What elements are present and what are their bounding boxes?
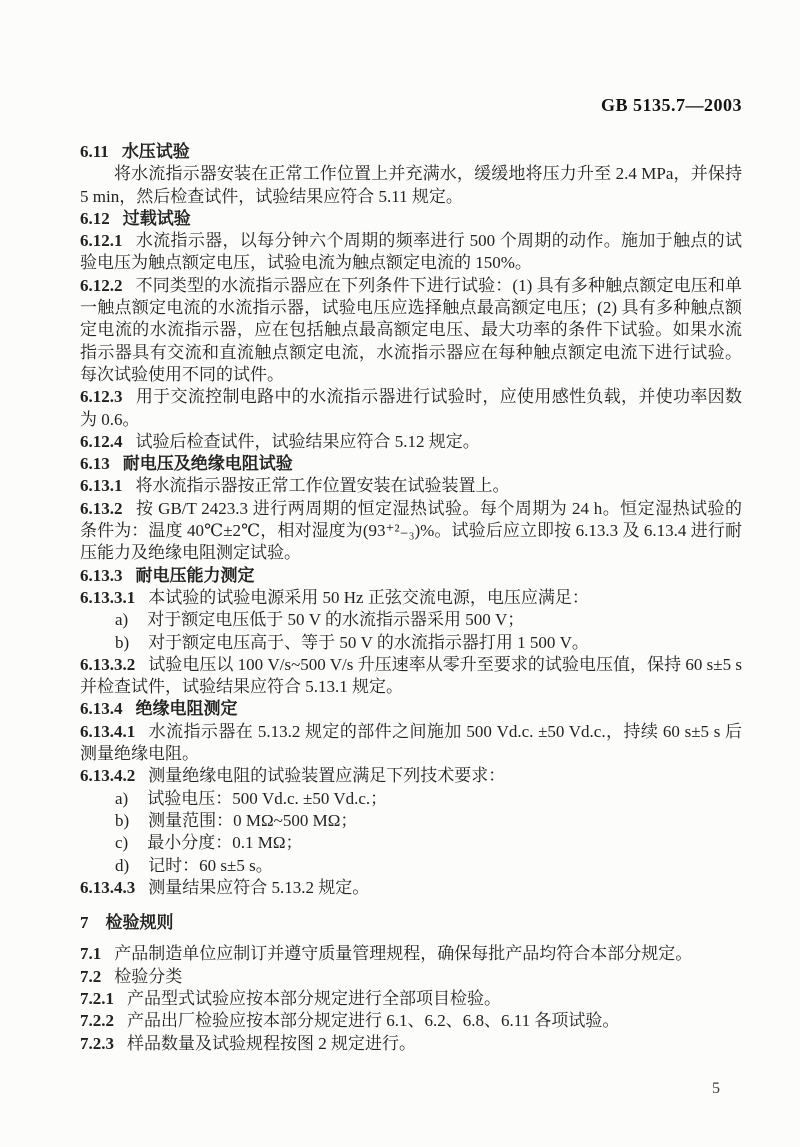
clause-number: 7.2 (80, 967, 101, 986)
clause-number: 6.12.3 (80, 387, 123, 406)
section-title: 检验规则 (106, 913, 174, 932)
clause-number: 6.13.4.3 (80, 878, 135, 897)
clause-number: 6.13.4.2 (80, 766, 135, 785)
clause-text: 试验电压以 100 V/s~500 V/s 升压速率从零升至要求的试验电压值，保… (80, 655, 742, 696)
clause-6-13-3-1: 6.13.3.1本试验的试验电源采用 50 Hz 正弦交流电源，电压应满足： (80, 587, 742, 609)
clause-number: 6.13.3.2 (80, 655, 135, 674)
standard-code-header: GB 5135.7—2003 (80, 95, 742, 116)
list-item-b2: b)测量范围：0 MΩ~500 MΩ； (80, 810, 742, 832)
list-marker: c) (115, 833, 128, 852)
clause-text: 本试验的试验电源采用 50 Hz 正弦交流电源，电压应满足： (148, 588, 589, 607)
clause-number: 6.13.4.1 (80, 722, 135, 741)
clause-7-2-2: 7.2.2产品出厂检验应按本部分规定进行 6.1、6.2、6.8、6.11 各项… (80, 1010, 742, 1032)
section-title: 水压试验 (122, 142, 190, 161)
section-heading-6-12: 6.12过载试验 (80, 208, 742, 230)
section-heading-6-13-4: 6.13.4绝缘电阻测定 (80, 698, 742, 720)
list-item-d2: d)记时：60 s±5 s。 (80, 855, 742, 877)
clause-text: 测量绝缘电阻的试验装置应满足下列技术要求： (148, 766, 505, 785)
clause-text: 将水流指示器按正常工作位置安装在试验装置上。 (136, 476, 510, 495)
clause-6-12-3: 6.12.3用于交流控制电路中的水流指示器进行试验时，应使用感性负载，并使功率因… (80, 386, 742, 431)
page-number: 5 (712, 1080, 720, 1098)
clause-number: 6.11 (80, 142, 109, 161)
section-title: 耐电压能力测定 (136, 566, 255, 585)
clause-text: 水流指示器在 5.13.2 规定的部件之间施加 500 Vd.c. ±50 Vd… (80, 722, 742, 763)
list-marker: a) (115, 789, 128, 808)
clause-number: 6.13.2 (80, 499, 123, 518)
clause-6-13-2: 6.13.2按 GB/T 2423.3 进行两周期的恒定湿热试验。每个周期为 2… (80, 498, 742, 565)
clause-6-12-1: 6.12.1水流指示器，以每分钟六个周期的频率进行 500 个周期的动作。施加于… (80, 230, 742, 275)
clause-number: 7.2.3 (80, 1034, 114, 1053)
clause-number: 6.12.1 (80, 231, 123, 250)
clause-text: 检验分类 (114, 967, 182, 986)
section-heading-6-13-3: 6.13.3耐电压能力测定 (80, 565, 742, 587)
clause-text: 产品制造单位应制订并遵守质量管理规程，确保每批产品均符合本部分规定。 (114, 944, 692, 963)
list-item-a2: a)试验电压：500 Vd.c. ±50 Vd.c.； (80, 788, 742, 810)
clause-text: 不同类型的水流指示器应在下列条件下进行试验：(1) 具有多种触点额定电压和单一触… (80, 276, 742, 384)
clause-6-12-4: 6.12.4试验后检查试件，试验结果应符合 5.12 规定。 (80, 431, 742, 453)
clause-7-2-3: 7.2.3样品数量及试验规程按图 2 规定进行。 (80, 1033, 742, 1055)
list-marker: b) (115, 811, 129, 830)
section-heading-6-11: 6.11水压试验 (80, 141, 742, 163)
list-text: 最小分度：0.1 MΩ； (147, 833, 302, 852)
list-text: 记时：60 s±5 s。 (148, 856, 273, 875)
clause-number: 6.13.3.1 (80, 588, 135, 607)
clause-6-12-2: 6.12.2不同类型的水流指示器应在下列条件下进行试验：(1) 具有多种触点额定… (80, 275, 742, 386)
clause-number: 7 (80, 913, 89, 932)
list-text: 对于额定电压低于 50 V 的水流指示器采用 500 V； (147, 610, 524, 629)
list-marker: b) (115, 633, 129, 652)
list-text: 测量范围：0 MΩ~500 MΩ； (148, 811, 357, 830)
clause-6-13-4-1: 6.13.4.1水流指示器在 5.13.2 规定的部件之间施加 500 Vd.c… (80, 721, 742, 766)
clause-6-13-4-2: 6.13.4.2测量绝缘电阻的试验装置应满足下列技术要求： (80, 765, 742, 787)
list-text: 对于额定电压高于、等于 50 V 的水流指示器打用 1 500 V。 (148, 633, 589, 652)
list-item-b: b)对于额定电压高于、等于 50 V 的水流指示器打用 1 500 V。 (80, 632, 742, 654)
clause-7-1: 7.1产品制造单位应制订并遵守质量管理规程，确保每批产品均符合本部分规定。 (80, 943, 742, 965)
section-title: 耐电压及绝缘电阻试验 (123, 454, 293, 473)
document-content: GB 5135.7—2003 6.11水压试验 将水流指示器安装在正常工作位置上… (80, 95, 742, 1055)
clause-number: 6.12.2 (80, 276, 123, 295)
clause-number: 6.12 (80, 209, 110, 228)
list-marker: a) (115, 610, 128, 629)
clause-6-13-1: 6.13.1将水流指示器按正常工作位置安装在试验装置上。 (80, 475, 742, 497)
clause-text: 试验后检查试件，试验结果应符合 5.12 规定。 (136, 432, 480, 451)
clause-number: 6.13.1 (80, 476, 123, 495)
clause-number: 7.2.1 (80, 989, 114, 1008)
list-item-a: a)对于额定电压低于 50 V 的水流指示器采用 500 V； (80, 609, 742, 631)
clause-7-2: 7.2检验分类 (80, 966, 742, 988)
clause-text: 按 GB/T 2423.3 进行两周期的恒定湿热试验。每个周期为 24 h。恒定… (80, 499, 742, 563)
section-title: 绝缘电阻测定 (136, 699, 238, 718)
clause-text: 产品型式试验应按本部分规定进行全部项目检验。 (127, 989, 501, 1008)
clause-number: 6.13 (80, 454, 110, 473)
section-heading-6-13: 6.13耐电压及绝缘电阻试验 (80, 453, 742, 475)
clause-number: 7.1 (80, 944, 101, 963)
clause-number: 6.12.4 (80, 432, 123, 451)
clause-text: 样品数量及试验规程按图 2 规定进行。 (127, 1034, 416, 1053)
document-page: GB 5135.7—2003 6.11水压试验 将水流指示器安装在正常工作位置上… (0, 0, 800, 1147)
clause-number: 7.2.2 (80, 1011, 114, 1030)
clause-text: 测量结果应符合 5.13.2 规定。 (148, 878, 369, 897)
paragraph: 将水流指示器安装在正常工作位置上并充满水，缓缓地将压力升至 2.4 MPa，并保… (80, 163, 742, 208)
clause-7-2-1: 7.2.1产品型式试验应按本部分规定进行全部项目检验。 (80, 988, 742, 1010)
clause-text: 用于交流控制电路中的水流指示器进行试验时，应使用感性负载，并使功率因数为 0.6… (80, 387, 742, 428)
chapter-heading-7: 7检验规则 (80, 912, 742, 934)
list-item-c2: c)最小分度：0.1 MΩ； (80, 832, 742, 854)
clause-6-13-4-3: 6.13.4.3测量结果应符合 5.13.2 规定。 (80, 877, 742, 899)
clause-6-13-3-2: 6.13.3.2试验电压以 100 V/s~500 V/s 升压速率从零升至要求… (80, 654, 742, 699)
clause-text: 水流指示器，以每分钟六个周期的频率进行 500 个周期的动作。施加于触点的试验电… (80, 231, 742, 272)
clause-number: 6.13.3 (80, 566, 123, 585)
list-marker: d) (115, 856, 129, 875)
list-text: 试验电压：500 Vd.c. ±50 Vd.c.； (147, 789, 387, 808)
section-title: 过载试验 (123, 209, 191, 228)
clause-number: 6.13.4 (80, 699, 123, 718)
clause-text: 产品出厂检验应按本部分规定进行 6.1、6.2、6.8、6.11 各项试验。 (127, 1011, 619, 1030)
